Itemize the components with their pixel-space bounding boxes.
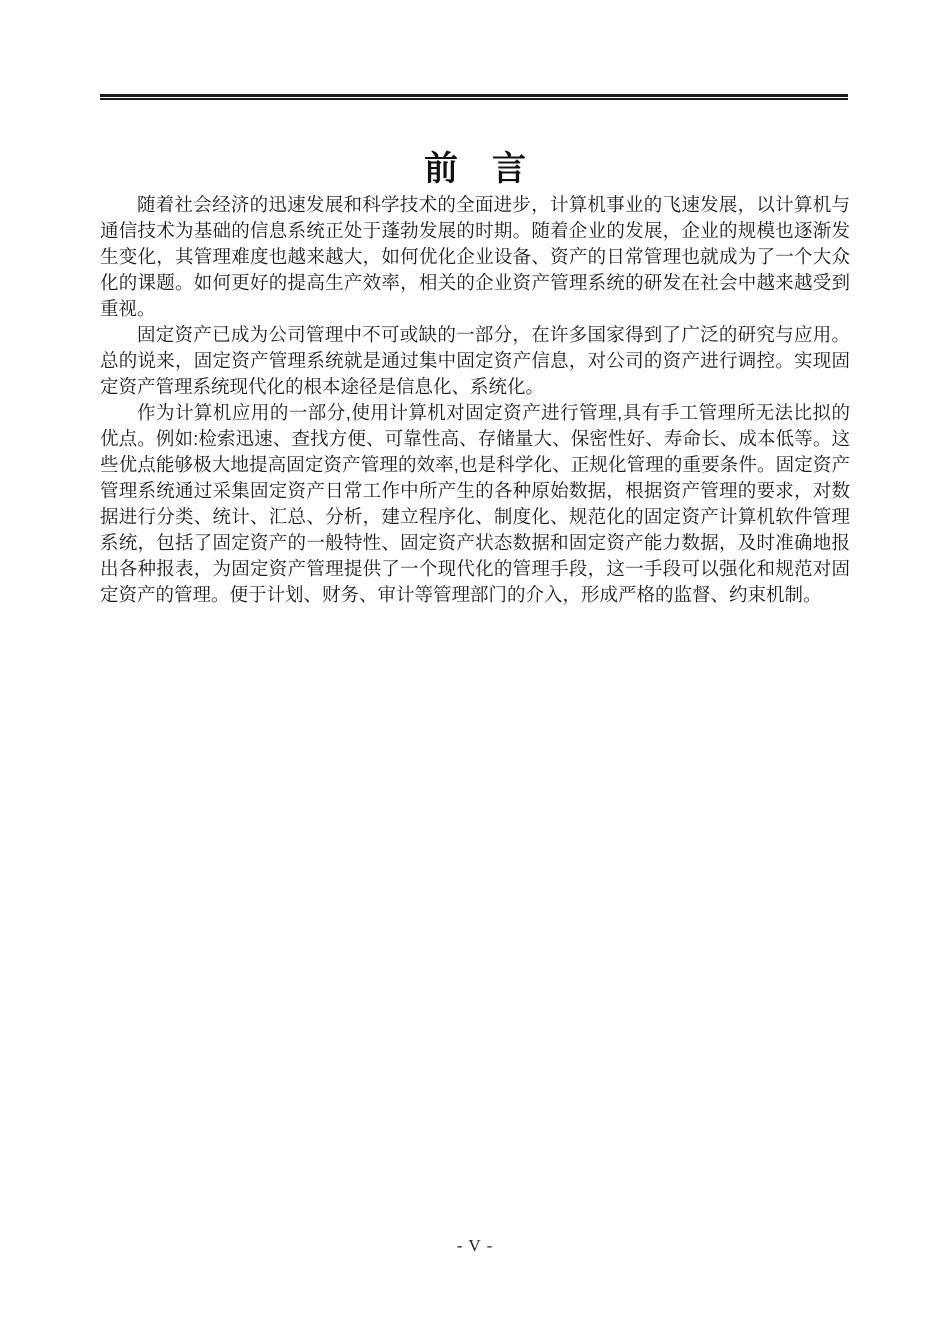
header-double-rule [100,94,848,100]
page-number: - V - [0,1236,950,1256]
paragraph-2: 固定资产已成为公司管理中不可或缺的一部分，在许多国家得到了广泛的研究与应用。总的… [100,322,850,400]
paragraph-1: 随着社会经济的迅速发展和科学技术的全面进步，计算机事业的飞速发展，以计算机与通信… [100,192,850,322]
preface-body: 随着社会经济的迅速发展和科学技术的全面进步，计算机事业的飞速发展，以计算机与通信… [100,192,850,608]
page-title: 前 言 [0,141,950,190]
document-page: 前 言 随着社会经济的迅速发展和科学技术的全面进步，计算机事业的飞速发展，以计算… [0,0,950,1340]
paragraph-3: 作为计算机应用的一部分,使用计算机对固定资产进行管理,具有手工管理所无法比拟的优… [100,400,850,608]
